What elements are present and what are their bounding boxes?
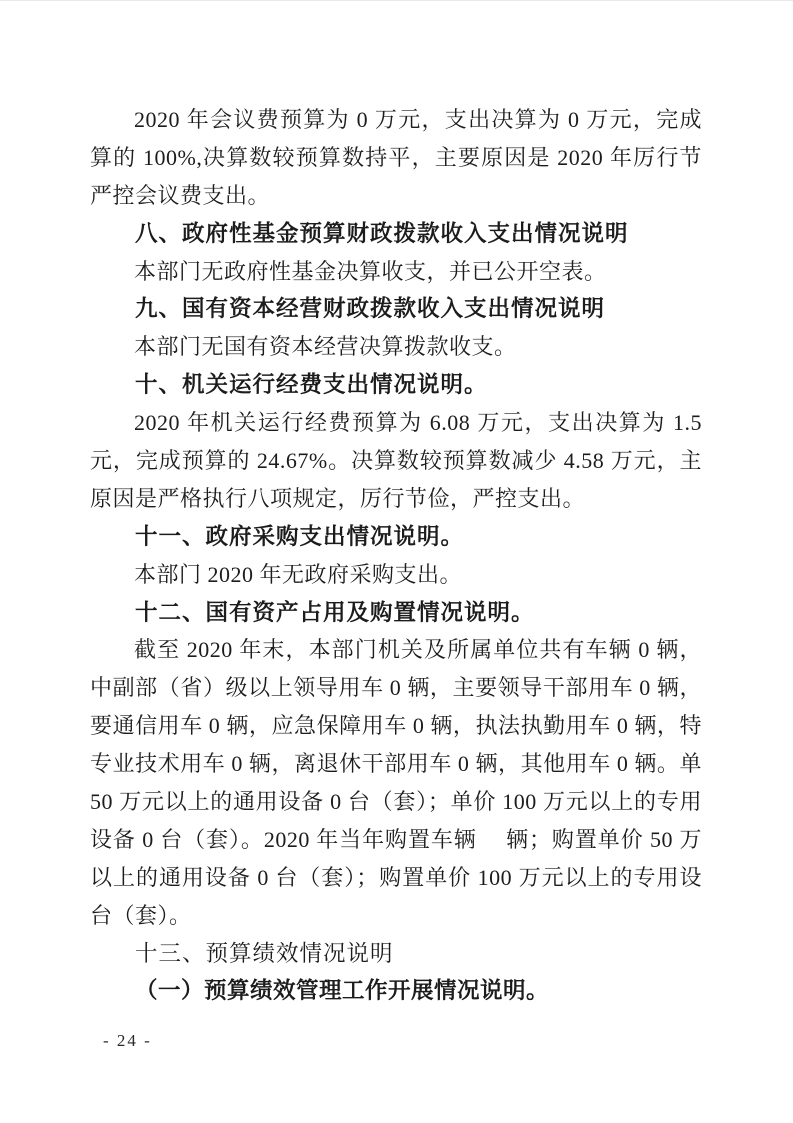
- page-number: - 24 -: [103, 1031, 152, 1051]
- document-body: 2020 年会议费预算为 0 万元，支出决算为 0 万元，完成预 算的 100%…: [90, 101, 702, 1010]
- paragraph-line: 台（套）。: [90, 897, 702, 935]
- paragraph-line: 本部门无国有资本经营决算拨款收支。: [90, 328, 702, 366]
- paragraph-line: 2020 年机关运行经费预算为 6.08 万元，支出决算为 1.5 万: [90, 404, 702, 442]
- paragraph-line: 算的 100%,决算数较预算数持平，主要原因是 2020 年厉行节俭，: [90, 139, 702, 177]
- paragraph-line: 要通信用车 0 辆，应急保障用车 0 辆，执法执勤用车 0 辆，特种: [90, 707, 702, 745]
- section-heading-11: 十一、政府采购支出情况说明。: [90, 518, 702, 556]
- paragraph-line: 本部门 2020 年无政府采购支出。: [90, 556, 702, 594]
- subsection-heading-13-1: （一）预算绩效管理工作开展情况说明。: [90, 972, 702, 1010]
- paragraph-line: 截至 2020 年末，本部门机关及所属单位共有车辆 0 辆，其: [90, 631, 702, 669]
- section-heading-10: 十、机关运行经费支出情况说明。: [90, 366, 702, 404]
- section-heading-9: 九、国有资本经营财政拨款收入支出情况说明: [90, 290, 702, 328]
- paragraph-line: 50 万元以上的通用设备 0 台（套）；单价 100 万元以上的专用: [90, 783, 702, 821]
- paragraph-line: 专业技术用车 0 辆，离退休干部用车 0 辆，其他用车 0 辆。单价: [90, 745, 702, 783]
- paragraph-line: 以上的通用设备 0 台（套）；购置单价 100 万元以上的专用设备: [90, 859, 702, 897]
- paragraph-line: 原因是严格执行八项规定，厉行节俭，严控支出。: [90, 480, 702, 518]
- paragraph-line: 设备 0 台（套）。2020 年当年购置车辆 辆；购置单价 50 万元: [90, 821, 702, 859]
- paragraph-line: 中副部（省）级以上领导用车 0 辆，主要领导干部用车 0 辆，机: [90, 669, 702, 707]
- paragraph-line: 本部门无政府性基金决算收支，并已公开空表。: [90, 253, 702, 291]
- document-page: 2020 年会议费预算为 0 万元，支出决算为 0 万元，完成预 算的 100%…: [0, 0, 793, 1123]
- paragraph-line: 2020 年会议费预算为 0 万元，支出决算为 0 万元，完成预: [90, 101, 702, 139]
- paragraph-line: 严控会议费支出。: [90, 177, 702, 215]
- section-heading-12: 十二、国有资产占用及购置情况说明。: [90, 594, 702, 632]
- paragraph-line: 元，完成预算的 24.67%。决算数较预算数减少 4.58 万元，主要: [90, 442, 702, 480]
- section-heading-13: 十三、预算绩效情况说明: [90, 935, 702, 973]
- section-heading-8: 八、政府性基金预算财政拨款收入支出情况说明: [90, 215, 702, 253]
